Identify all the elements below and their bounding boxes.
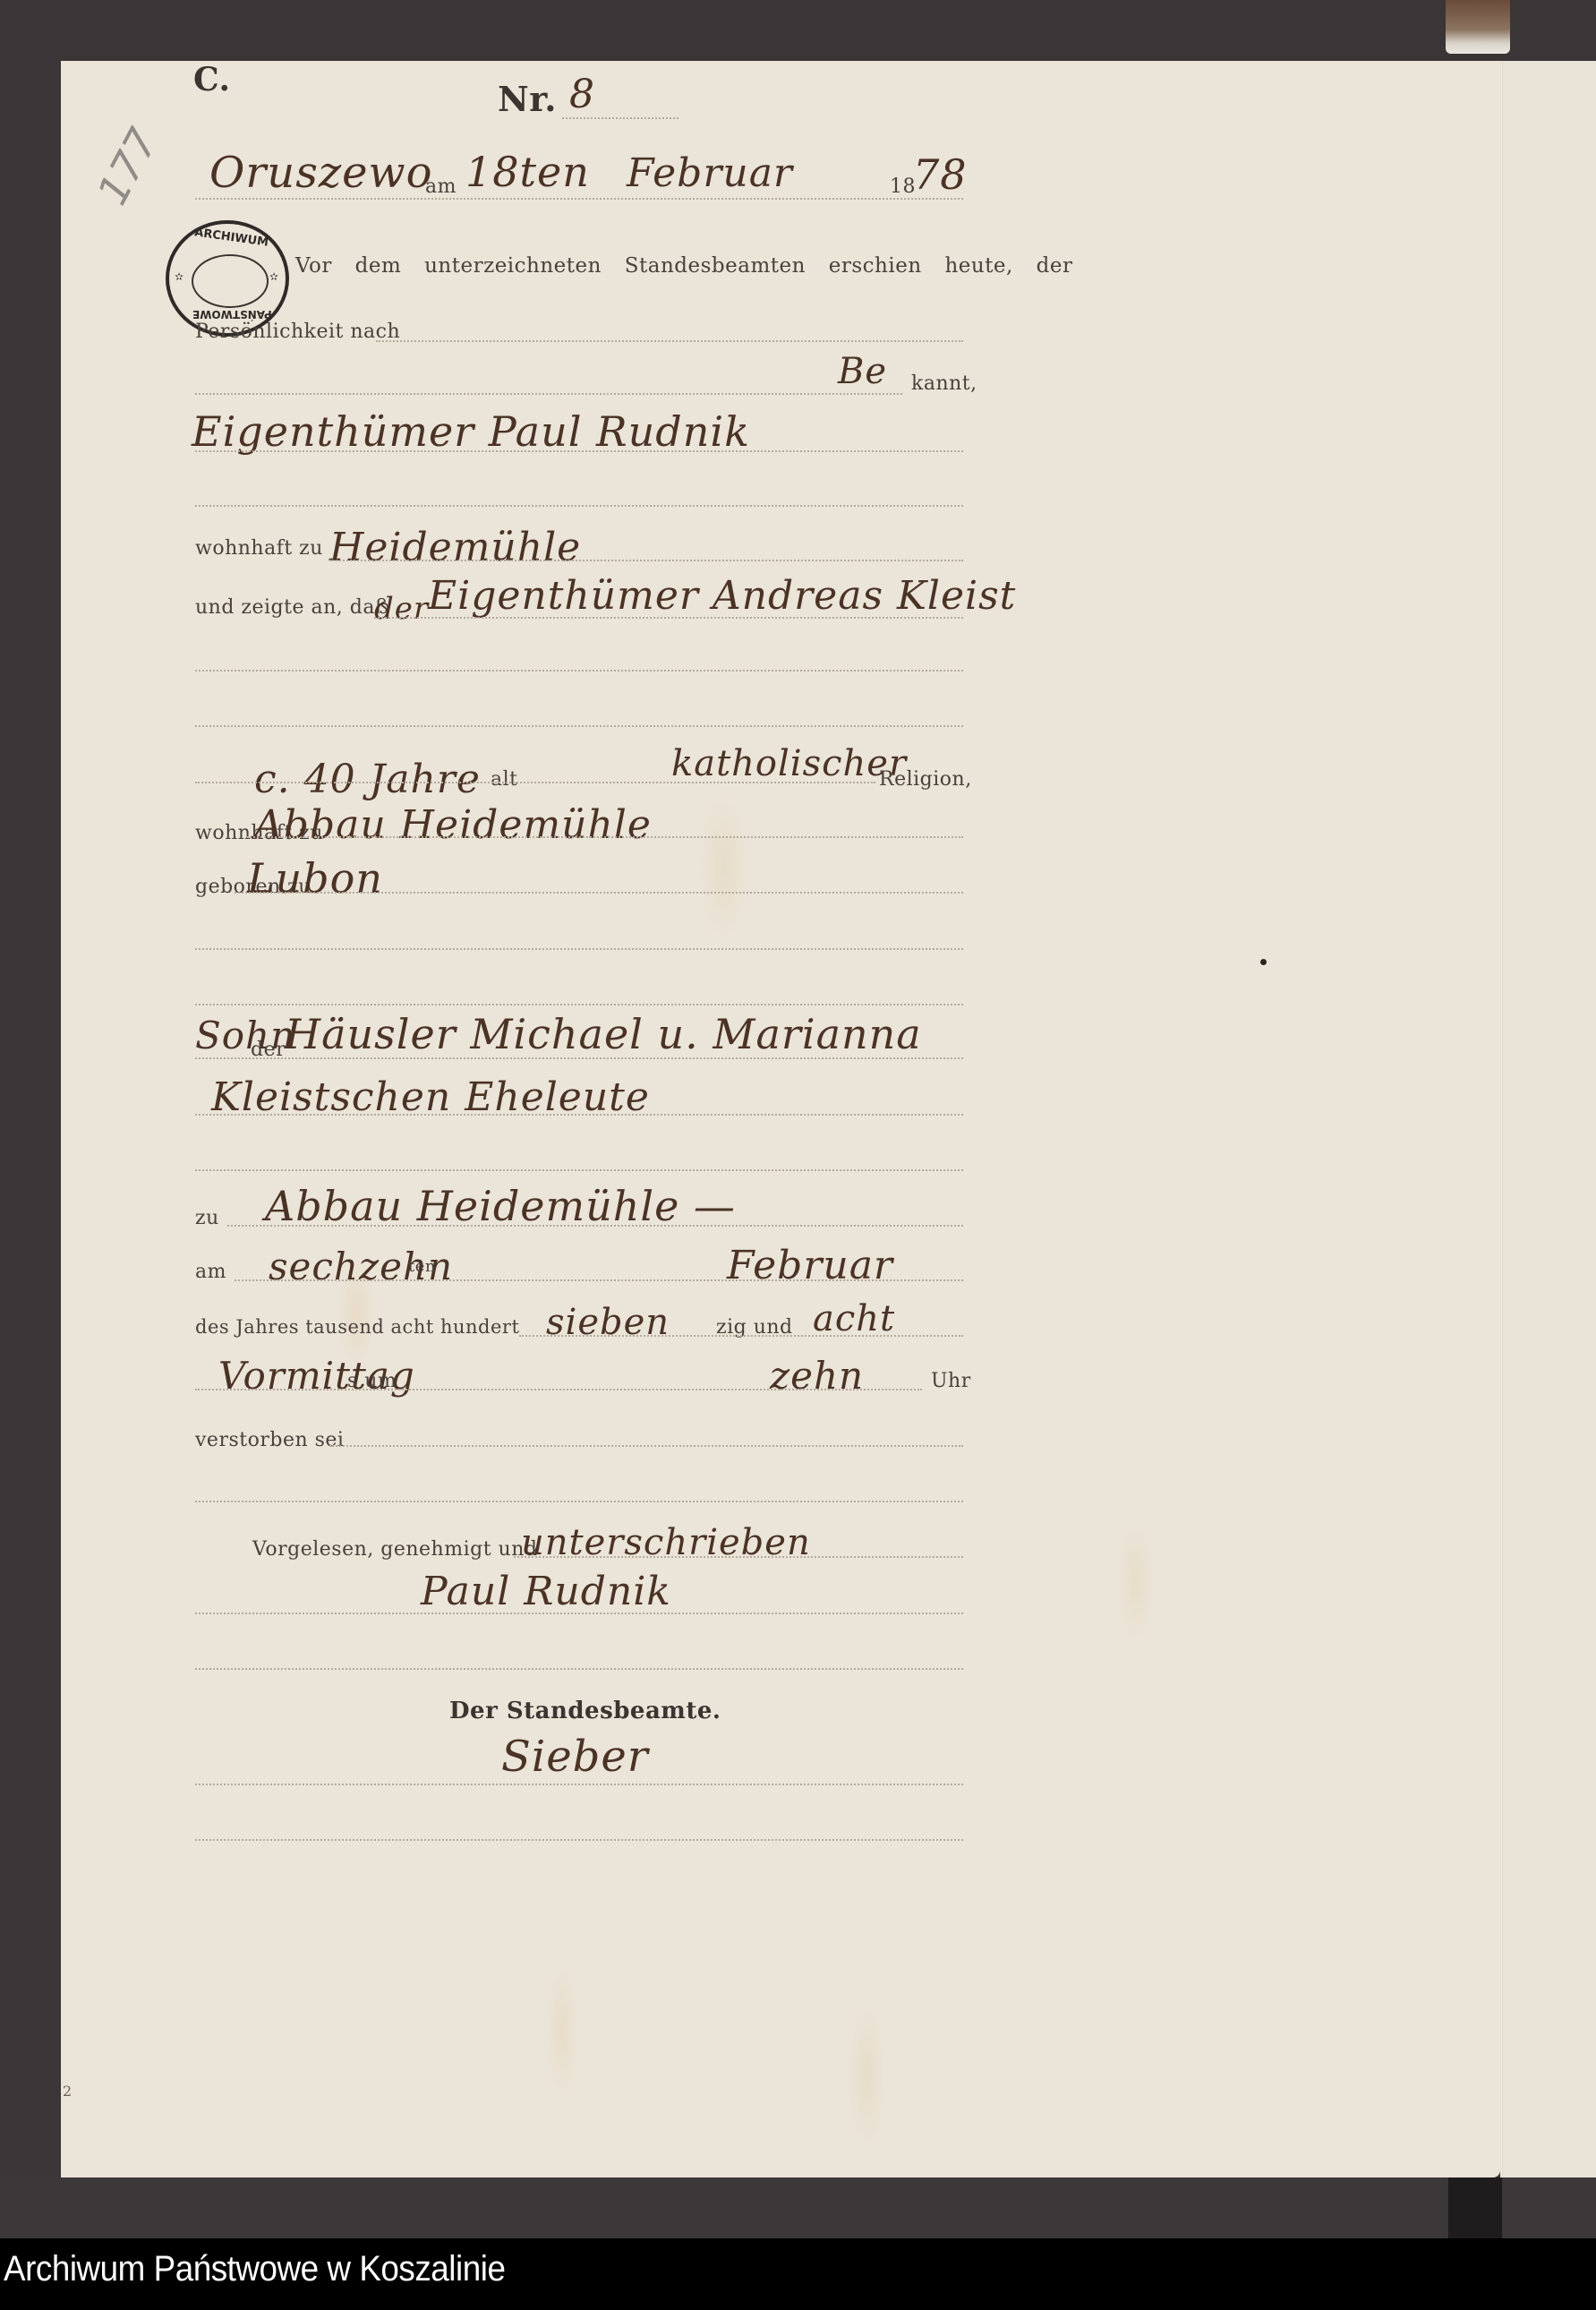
- reported-line: [374, 617, 963, 619]
- parents-handwritten-1: Häusler Michael u. Marianna: [285, 1010, 922, 1058]
- parents-line-2: [195, 1114, 963, 1116]
- blank-line-2: [195, 670, 963, 672]
- died-line: [329, 1445, 963, 1447]
- registrar-signature: Sieber: [501, 1732, 649, 1782]
- informant-line: [195, 450, 963, 452]
- blank-line-1: [195, 505, 963, 507]
- read-approved-label: Vorgelesen, genehmigt und: [252, 1538, 537, 1561]
- stamp-top-text: ARCHIWUM: [193, 226, 269, 249]
- born-line: [235, 892, 963, 894]
- star-icon: ✫: [269, 270, 278, 283]
- scan-background-shadow: [1448, 2177, 1502, 2240]
- death-place-label: zu: [195, 1207, 219, 1229]
- deceased-residing-line: [247, 836, 963, 838]
- star-icon: ✫: [175, 270, 183, 283]
- blank-line-5: [195, 1004, 963, 1005]
- deceased-residing-handwritten: Abbau Heidemühle: [254, 802, 652, 848]
- stamp-bottom-text: PAŃSTWOWE: [192, 308, 272, 321]
- adjacent-page: [1503, 61, 1596, 2177]
- binding-spine-edge: [1446, 0, 1510, 54]
- religion-handwritten: katholischer: [671, 743, 907, 784]
- residing-handwritten: Heidemühle: [329, 525, 581, 570]
- religion-label: Religion,: [879, 768, 972, 791]
- ink-speck: [1260, 959, 1267, 965]
- year-decade-handwritten: sieben: [546, 1302, 670, 1343]
- date-line: [195, 198, 963, 200]
- day-handwritten: 18ten: [465, 148, 590, 196]
- death-day-line: [235, 1279, 963, 1281]
- year-unit-handwritten: acht: [813, 1298, 895, 1339]
- personality-label: Persönlichkeit nach: [195, 321, 400, 343]
- age-line: [195, 782, 875, 783]
- place-handwritten: Oruszewo: [209, 148, 433, 198]
- death-place-handwritten: Abbau Heidemühle —: [265, 1182, 736, 1230]
- informant-handwritten: Eigenthümer Paul Rudnik: [192, 407, 750, 456]
- parents-line-1: [195, 1057, 963, 1059]
- registrar-title: Der Standesbeamte.: [449, 1698, 721, 1724]
- entry-number-value: 8: [569, 72, 595, 117]
- ten-label: ten: [408, 1257, 436, 1276]
- informant-signature: Paul Rudnik: [421, 1569, 671, 1614]
- archive-stamp: ARCHIWUM PAŃSTWOWE ✫ ✫: [166, 220, 289, 337]
- age-handwritten: c. 40 Jahre: [254, 757, 481, 802]
- informant-signature-line: [195, 1613, 963, 1614]
- residing-label: wohnhaft zu: [195, 537, 323, 560]
- time-line: [195, 1389, 922, 1390]
- residing-line: [329, 560, 963, 561]
- reported-label: und zeigte an, daß: [195, 596, 388, 619]
- archive-footer-label: Archiwum Państwowe w Koszalinie: [4, 2249, 505, 2289]
- personality-line: [376, 340, 963, 342]
- margin-mark: 2: [63, 2083, 73, 2100]
- read-line: [514, 1556, 963, 1558]
- hour-handwritten: zehn: [770, 1354, 864, 1398]
- reported-handwritten: Eigenthümer Andreas Kleist: [428, 573, 1016, 619]
- year-handwritten: 78: [913, 150, 968, 199]
- death-place-line: [227, 1225, 963, 1227]
- born-handwritten: Lubon: [247, 854, 383, 903]
- archive-footer-bar: Archiwum Państwowe w Koszalinie: [0, 2238, 1596, 2310]
- died-label: verstorben sei: [195, 1429, 344, 1451]
- death-day-label: am: [195, 1261, 226, 1283]
- year-label: des Jahres tausend acht hundert: [195, 1316, 519, 1338]
- blank-line-3: [195, 725, 963, 727]
- blank-line-9: [195, 1839, 963, 1841]
- registrar-line: [195, 1784, 963, 1785]
- known-handwritten: Be: [838, 351, 887, 392]
- age-label: alt: [491, 768, 518, 791]
- year-line: [519, 1335, 963, 1337]
- entry-number-label: Nr.: [498, 79, 557, 119]
- death-month-handwritten: Februar: [727, 1243, 893, 1288]
- scan-background-bottom: [0, 2177, 1596, 2240]
- blank-line-7: [195, 1501, 963, 1502]
- blank-line-6: [195, 1169, 963, 1171]
- scan-background-top: [0, 0, 1596, 63]
- known-line: [195, 393, 902, 395]
- stamp-inner-ring: [192, 254, 269, 308]
- uhr-label: Uhr: [931, 1370, 971, 1392]
- month-handwritten: Februar: [627, 150, 793, 196]
- intro-text: Vor dem unterzeichneten Standesbeamten e…: [295, 254, 1073, 278]
- blank-line-8: [195, 1668, 963, 1670]
- entry-number-line: [562, 117, 679, 119]
- form-letter: C.: [193, 61, 231, 98]
- reported-prefix-handwritten: der: [374, 591, 429, 627]
- year-printed: 18: [890, 175, 916, 198]
- am-label: am: [425, 175, 457, 198]
- known-label: kannt,: [911, 372, 977, 395]
- blank-line-4: [195, 948, 963, 950]
